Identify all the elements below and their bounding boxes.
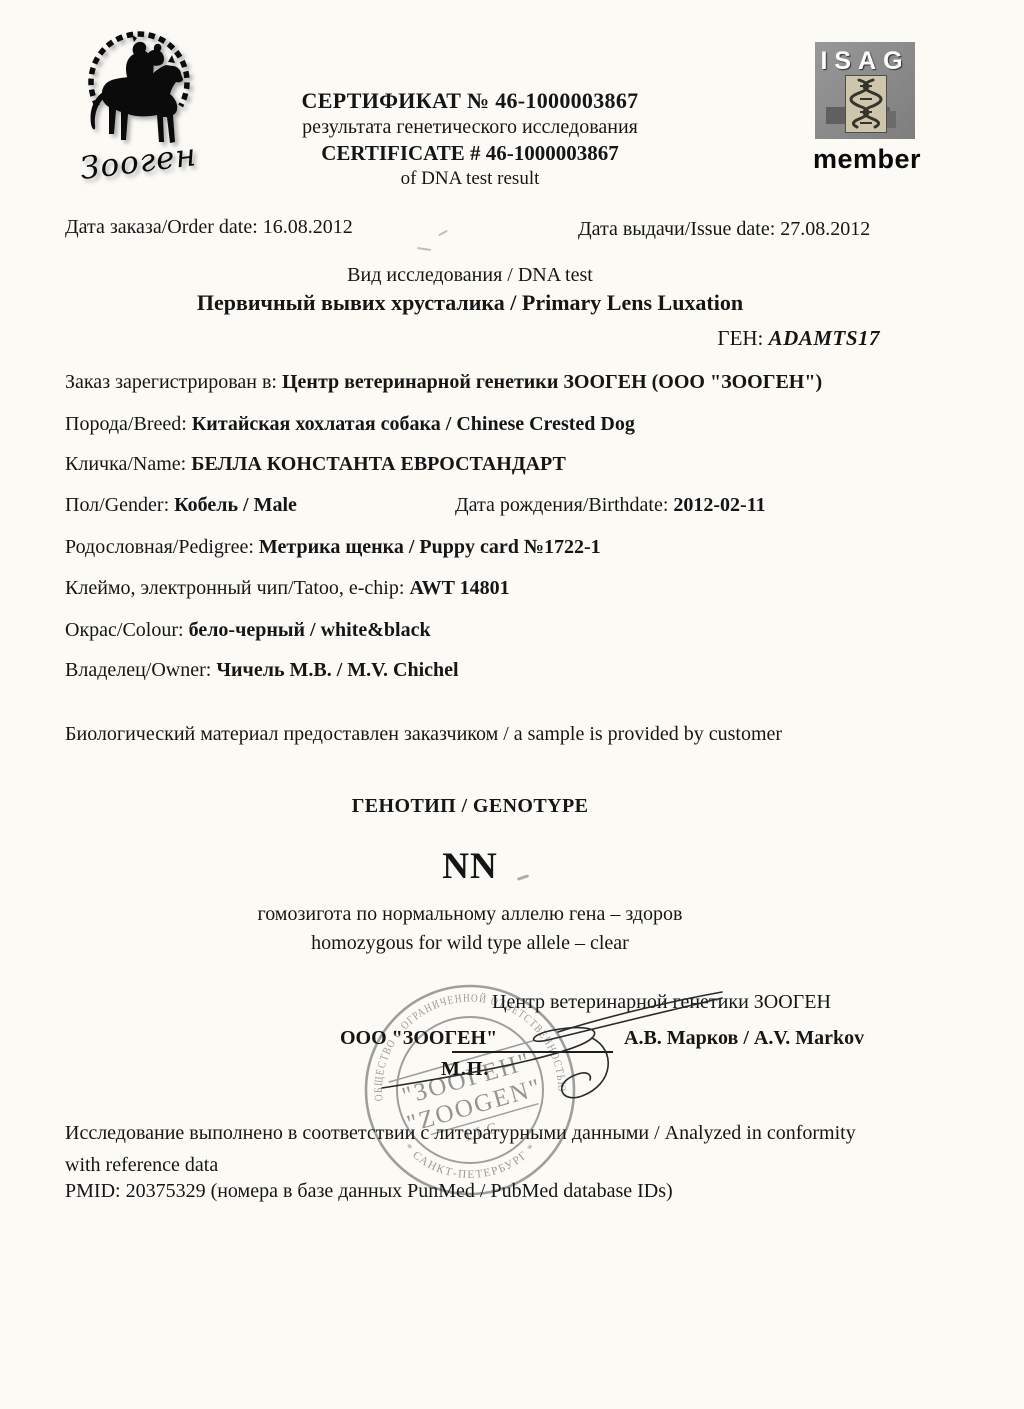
certificate-number-ru: СЕРТИФИКАТ № 46-1000003867 (150, 88, 790, 114)
field-birthdate-value: 2012-02-11 (673, 494, 765, 516)
sample-note: Биологический материал предоставлен зака… (65, 723, 782, 746)
signature-stroke-icon (382, 992, 722, 1098)
field-registration: Заказ зарегистрирован в: Центр ветеринар… (65, 371, 822, 394)
field-tatoo: Клеймо, электронный чип/Tatoo, e-chip: A… (65, 577, 510, 600)
isag-dna-panel (845, 75, 887, 133)
order-date: Дата заказа/Order date: 16.08.2012 (65, 216, 353, 239)
stamp-ring-bottom-text: * САНКТ-ПЕТЕРБУРГ * (402, 1141, 539, 1181)
scan-speck (438, 230, 448, 236)
certificate-number-en: CERTIFICATE # 46-1000003867 (150, 140, 790, 166)
certificate-subtitle-ru: результата генетического исследования (150, 114, 790, 140)
gene-value: ADAMTS17 (769, 326, 880, 350)
field-colour-value: бело-черный / white&black (189, 619, 431, 641)
field-breed-value: Китайская хохлатая собака / Chinese Cres… (192, 413, 635, 435)
svg-text:* САНКТ-ПЕТЕРБУРГ *: * САНКТ-ПЕТЕРБУРГ * (402, 1141, 539, 1181)
field-pedigree-label: Родословная/Pedigree: (65, 536, 254, 558)
certificate-page: Зооген СЕРТИФИКАТ № 46-1000003867 резуль… (0, 0, 1024, 1409)
field-registration-value: Центр ветеринарной генетики ЗООГЕН (ООО … (282, 371, 822, 393)
field-tatoo-label: Клеймо, электронный чип/Tatoo, e-chip: (65, 577, 404, 599)
field-name-label: Кличка/Name: (65, 453, 186, 475)
footer-analysis-line2: with reference data (65, 1154, 218, 1177)
test-name: Первичный вывих хрусталика / Primary Len… (0, 290, 940, 316)
certificate-title-block: СЕРТИФИКАТ № 46-1000003867 результата ге… (150, 88, 790, 192)
field-tatoo-value: AWT 14801 (409, 577, 509, 599)
field-colour: Окрас/Colour: бело-черный / white&black (65, 619, 431, 642)
field-registration-label: Заказ зарегистрирован в: (65, 371, 277, 393)
field-birthdate-label: Дата рождения/Birthdate: (455, 494, 668, 516)
isag-member-badge: ISAG member (813, 42, 917, 175)
gene-label: ГЕН: (717, 326, 763, 350)
field-owner-value: Чичель М.В. / M.V. Chichel (216, 659, 458, 681)
test-kind: Вид исследования / DNA test (0, 264, 940, 287)
certificate-subtitle-en: of DNA test result (150, 166, 790, 192)
field-owner-label: Владелец/Owner: (65, 659, 211, 681)
field-breed: Порода/Breed: Китайская хохлатая собака … (65, 413, 635, 436)
field-owner: Владелец/Owner: Чичель М.В. / M.V. Chich… (65, 659, 459, 682)
field-colour-label: Окрас/Colour: (65, 619, 184, 641)
field-birthdate: Дата рождения/Birthdate: 2012-02-11 (455, 494, 766, 517)
field-pedigree: Родословная/Pedigree: Метрика щенка / Pu… (65, 536, 601, 559)
footer-analysis-line1: Исследование выполнено в соответствии с … (65, 1122, 856, 1145)
field-gender-value: Кобель / Male (174, 494, 297, 516)
issue-date: Дата выдачи/Issue date: 27.08.2012 (578, 218, 870, 241)
isag-label: ISAG (815, 47, 915, 76)
field-gender-label: Пол/Gender: (65, 494, 169, 516)
field-name: Кличка/Name: БЕЛЛА КОНСТАНТА ЕВРОСТАНДАР… (65, 453, 566, 476)
genotype-result: NN (0, 845, 940, 888)
dna-helix-icon (847, 76, 885, 130)
genotype-interpretation-ru: гомозигота по нормальному аллелю гена – … (0, 903, 940, 926)
handwritten-signature (330, 980, 760, 1120)
footer-pmid-line: PMID: 20375329 (номера в базе данных Pun… (65, 1180, 673, 1203)
isag-logo-square: ISAG (815, 42, 915, 139)
genotype-heading: ГЕНОТИП / GENOTYPE (0, 795, 940, 818)
field-gender: Пол/Gender: Кобель / Male (65, 494, 297, 517)
field-breed-label: Порода/Breed: (65, 413, 187, 435)
field-pedigree-value: Метрика щенка / Puppy card №1722-1 (259, 536, 601, 558)
genotype-interpretation-en: homozygous for wild type allele – clear (0, 932, 940, 955)
field-name-value: БЕЛЛА КОНСТАНТА ЕВРОСТАНДАРТ (191, 453, 566, 475)
isag-member-label: member (813, 144, 917, 175)
scan-speck (417, 247, 431, 251)
gene-line: ГЕН: ADAMTS17 (0, 326, 880, 351)
